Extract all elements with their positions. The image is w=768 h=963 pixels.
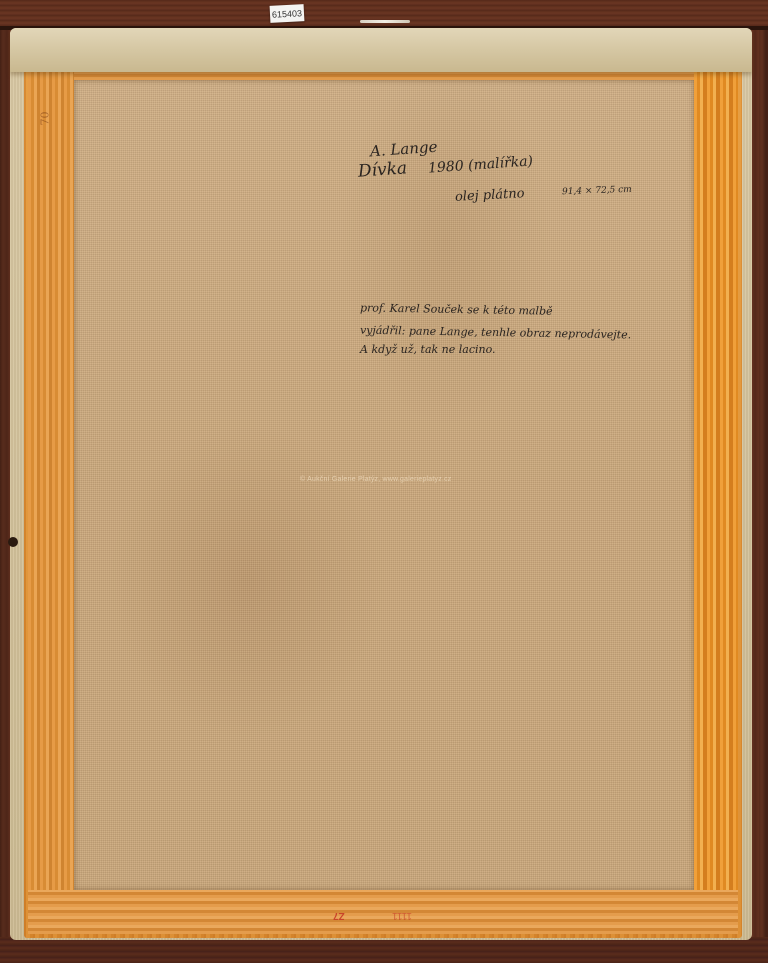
inscription-title: Dívka <box>357 158 407 181</box>
watermark: © Aukční Galerie Platýz, www.galerieplat… <box>300 476 470 483</box>
nail-icon <box>8 537 18 547</box>
inventory-label: 615403 <box>270 4 305 23</box>
canvas-back <box>74 80 694 890</box>
outer-frame-top <box>0 0 768 30</box>
hanger-wire <box>360 20 410 23</box>
outer-frame-bottom <box>0 937 768 963</box>
frame-pencil-mark: 70 <box>39 112 52 126</box>
red-stamp-mark: Z7 <box>333 910 345 921</box>
stretcher-bar-left <box>28 64 74 924</box>
stretcher-bar-bottom <box>28 890 738 934</box>
inscription-note-line-3: A když už, tak ne lacino. <box>360 343 496 356</box>
red-stamp-mark: 1111 <box>392 910 412 921</box>
stretcher-bar-right <box>694 64 738 924</box>
linen-turnover-top <box>10 28 752 72</box>
